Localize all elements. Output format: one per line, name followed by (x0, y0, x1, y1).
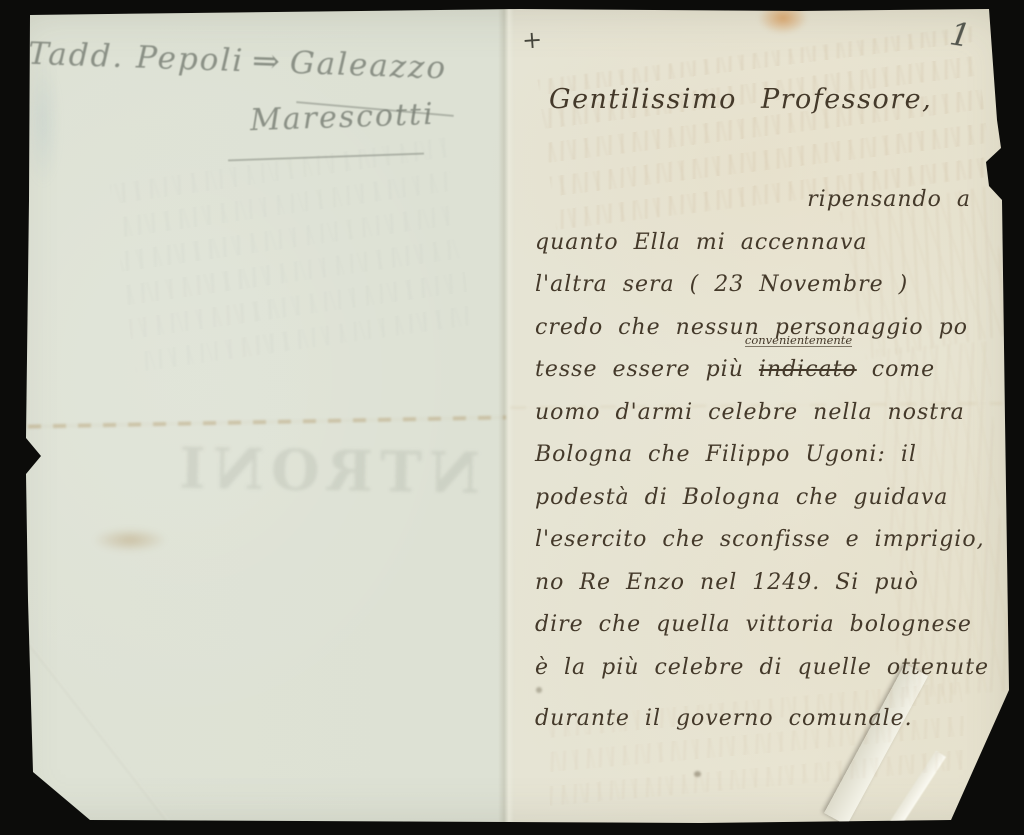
letter-salutation: Gentilissimo Professore, (549, 84, 977, 115)
pencil-annotation-name2: Galeazzo (289, 45, 447, 86)
showthrough-scribbles (108, 127, 473, 372)
letter-line: dire che quella vittoria bolognese (535, 604, 977, 647)
stain (26, 58, 60, 188)
letter-body: Gentilissimo Professore, ripensando aqua… (535, 84, 977, 741)
letter-line: Bologna che Filippo Ugoni: il (535, 434, 977, 477)
pencil-annotation-line1: Tadd. Pepoli⇒Galeazzo (27, 33, 447, 87)
pencil-annotation-name1: Tadd. Pepoli (27, 36, 244, 80)
plus-mark: + (521, 25, 543, 54)
letter-line: ripensando a (535, 179, 977, 222)
letter-line: no Re Enzo nel 1249. Si può (535, 562, 977, 605)
letter-line: uomo d'armi celebre nella nostra (535, 392, 977, 435)
corner-crease (28, 642, 177, 831)
horizontal-fold-crease-left (28, 415, 506, 428)
letter-line: l'esercito che sconfisse e imprigio, (535, 519, 977, 562)
struck-word: indicato (759, 357, 857, 382)
letter-paper: NTRONI Tadd. Pepoli⇒Galeazzo Marescotti … (0, 0, 1024, 835)
letter-lines: ripensando aquanto Ella mi accennaval'al… (535, 179, 977, 741)
letter-line: podestà di Bologna che guidava (535, 477, 977, 520)
showthrough-print: NTRONI (159, 435, 480, 507)
letter-line: durante il governo comunale. (535, 698, 977, 741)
stain (93, 528, 167, 552)
letter-line: l'altra sera ( 23 Novembre ) (535, 264, 977, 307)
letter-line: è la più celebre di quelle ottenute (535, 647, 977, 690)
interlinear-insertion: convenientemente (745, 335, 852, 347)
scanned-letter-page: { "page_marks": { "plus_mark": "+", "pag… (0, 0, 1024, 835)
letter-line: tesse essere più convenientementeindicat… (535, 349, 977, 392)
letter-line: quanto Ella mi accennava (535, 222, 977, 265)
pencil-arrow: ⇒ (252, 41, 283, 81)
pencil-annotation-line2: Marescotti (249, 97, 435, 138)
stain (758, 2, 808, 34)
